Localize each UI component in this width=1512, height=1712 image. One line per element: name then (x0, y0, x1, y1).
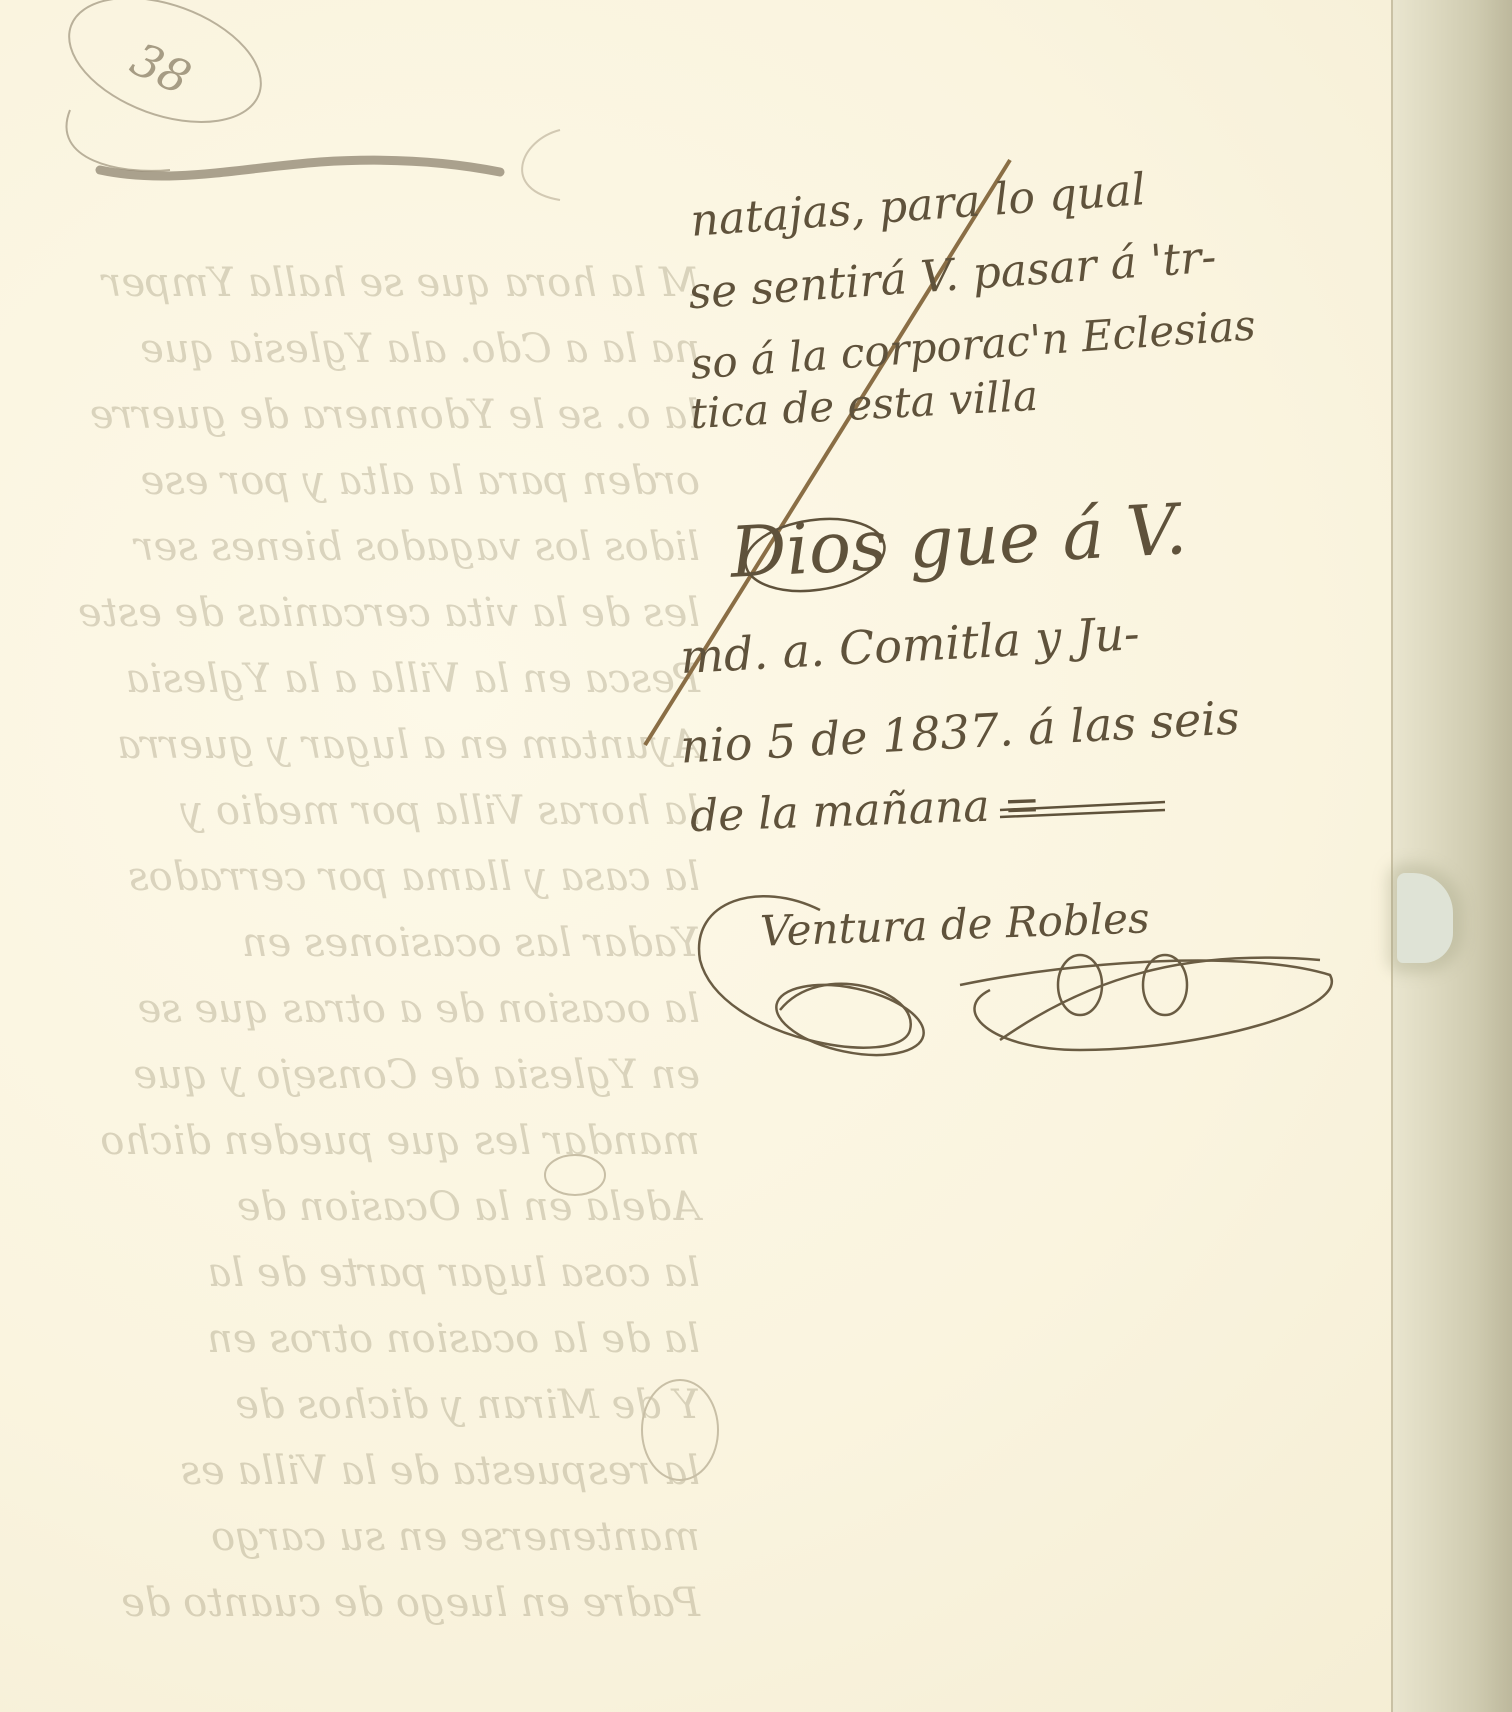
ink-flourishes: 38 (0, 0, 1512, 1712)
header-swoosh (100, 160, 500, 176)
swoosh-curl (522, 130, 560, 200)
folio-number: 38 (123, 32, 199, 106)
bleed-through-ovals (545, 1155, 718, 1480)
